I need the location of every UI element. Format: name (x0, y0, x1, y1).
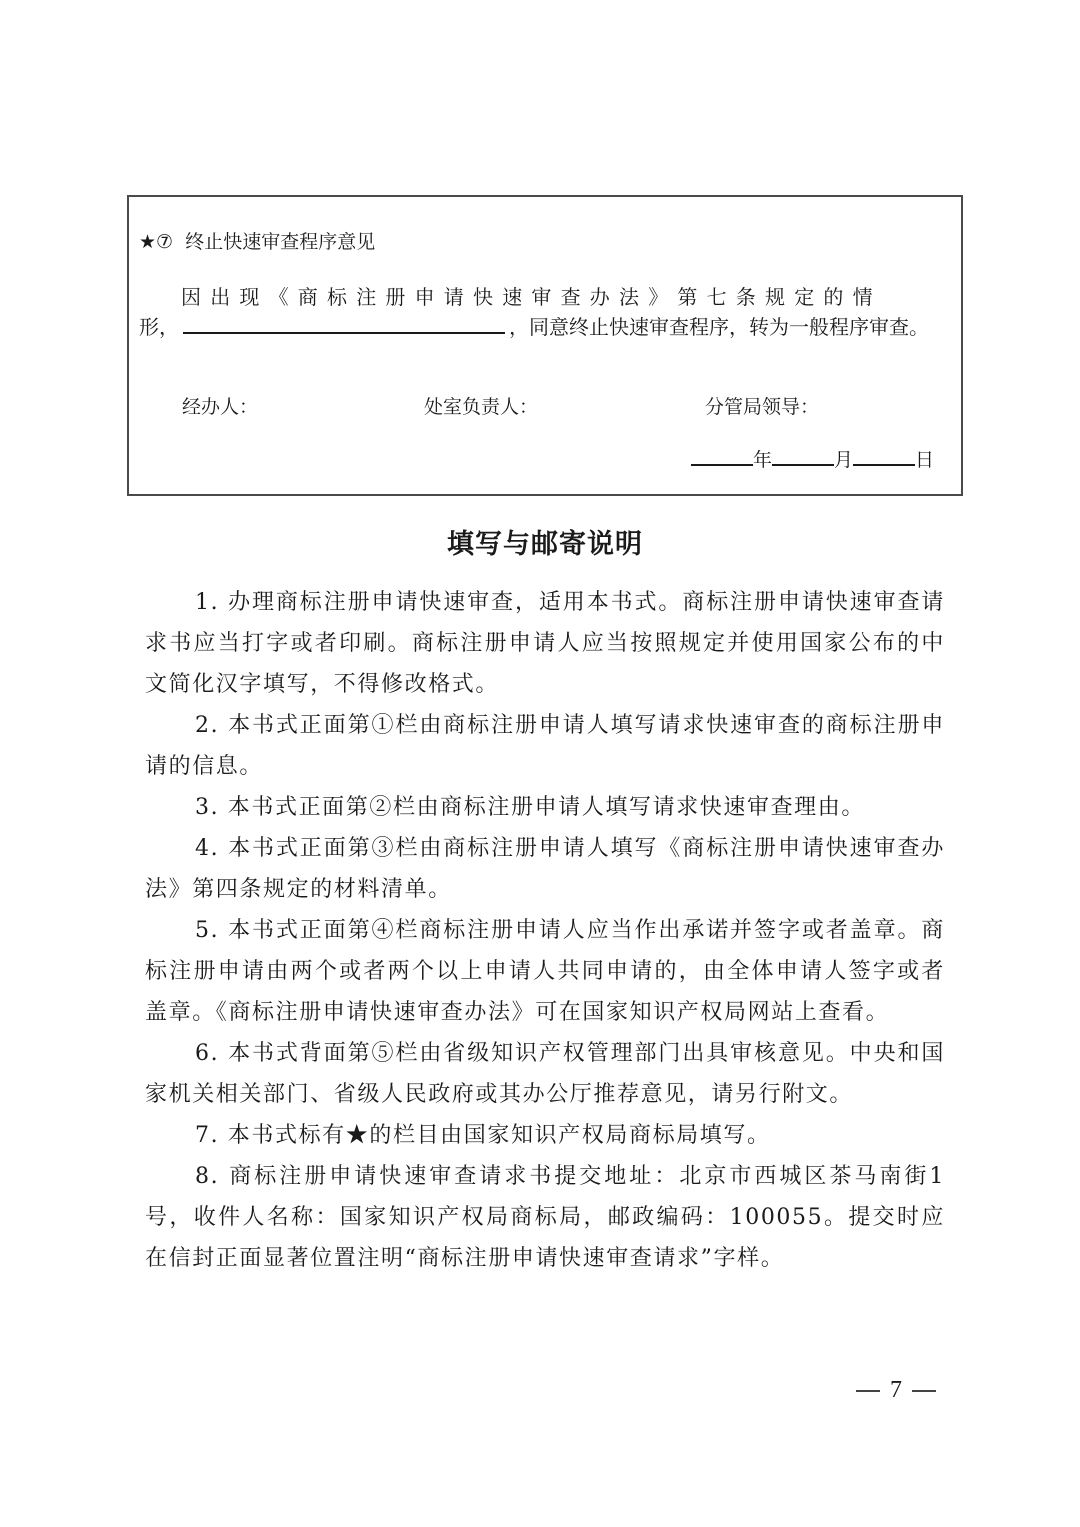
opinion-text-line2: 形，，同意终止快速审查程序，转为一般程序审查。 (139, 311, 959, 340)
star-icon: ★ (139, 231, 156, 253)
year-blank-field[interactable] (691, 446, 753, 466)
page-number-value: 7 (890, 1377, 902, 1403)
opinion-prefix: 形， (139, 315, 179, 339)
instructions-list: 1. 办理商标注册申请快速审查，适用本书式。商标注册申请快速审查请求书应当打字或… (145, 582, 945, 1279)
section-title: ★⑦ 终止快速审查程序意见 (139, 227, 375, 254)
bureau-leader-label: 分管局领导： (705, 392, 819, 419)
dash-right (912, 1390, 936, 1392)
opinion-suffix: ，同意终止快速审查程序，转为一般程序审查。 (509, 315, 929, 339)
dash-left (856, 1390, 880, 1392)
month-blank-field[interactable] (772, 446, 834, 466)
section-number: ⑦ (156, 231, 173, 253)
instruction-item: 1. 办理商标注册申请快速审查，适用本书式。商标注册申请快速审查请求书应当打字或… (145, 582, 945, 705)
instruction-item: 6. 本书式背面第⑤栏由省级知识产权管理部门出具审核意见。中央和国家机关相关部门… (145, 1033, 945, 1115)
opinion-text-line1: 因出现《商标注册申请快速审查办法》第七条规定的情 (181, 281, 951, 310)
instruction-item: 3. 本书式正面第②栏由商标注册申请人填写请求快速审查理由。 (145, 787, 945, 828)
day-label: 日 (915, 449, 934, 471)
instruction-item: 4. 本书式正面第③栏由商标注册申请人填写《商标注册申请快速审查办法》第四条规定… (145, 828, 945, 910)
instruction-item: 8. 商标注册申请快速审查请求书提交地址：北京市西城区茶马南街1号，收件人名称：… (145, 1156, 945, 1279)
page-number: 7 (846, 1377, 946, 1404)
date-row: 年月日 (691, 445, 934, 472)
division-head-label: 处室负责人： (424, 392, 538, 419)
termination-opinion-box: ★⑦ 终止快速审查程序意见 因出现《商标注册申请快速审查办法》第七条规定的情 形… (127, 195, 963, 496)
situation-blank-field[interactable] (183, 314, 505, 334)
instructions-heading: 填写与邮寄说明 (0, 522, 1080, 561)
section-title-text: 终止快速审查程序意见 (185, 231, 375, 253)
handler-label: 经办人： (182, 392, 258, 419)
month-label: 月 (834, 449, 853, 471)
year-label: 年 (753, 449, 772, 471)
instruction-item: 5. 本书式正面第④栏商标注册申请人应当作出承诺并签字或者盖章。商标注册申请由两… (145, 910, 945, 1033)
instruction-item: 7. 本书式标有★的栏目由国家知识产权局商标局填写。 (145, 1115, 945, 1156)
day-blank-field[interactable] (853, 446, 915, 466)
instruction-item: 2. 本书式正面第①栏由商标注册申请人填写请求快速审查的商标注册申请的信息。 (145, 705, 945, 787)
